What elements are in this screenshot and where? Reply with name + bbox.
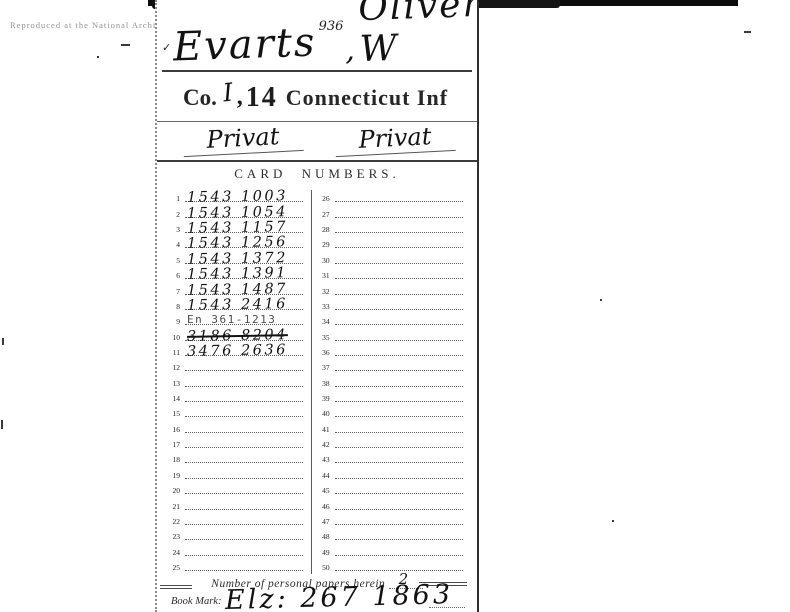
- row-blank-line: [335, 448, 463, 463]
- company-letter-handwriting: I: [221, 78, 234, 108]
- row-number-label: 39: [316, 394, 330, 405]
- row-number-label: 7: [166, 287, 180, 298]
- row-blank-line: [185, 433, 303, 448]
- row-blank-line: 1543 1391: [185, 264, 303, 279]
- row-blank-line: [335, 264, 463, 279]
- book-mark-handwriting: Elz: 267 1863: [225, 579, 454, 612]
- row-blank-line: [335, 387, 463, 402]
- row-blank-line: [335, 341, 463, 356]
- card-number-row: 25: [157, 559, 311, 574]
- row-blank-line: [335, 433, 463, 448]
- archives-watermark: Reproduced at the National Archives: [10, 20, 171, 30]
- scan-line-artifact: [160, 585, 192, 589]
- row-blank-line: [185, 402, 303, 417]
- row-blank-line: [335, 218, 463, 233]
- row-blank-line: [335, 233, 463, 248]
- row-number-label: 46: [316, 502, 330, 513]
- regiment-name: Connecticut Inf: [286, 85, 448, 111]
- row-blank-line: 3186 8204: [185, 325, 303, 340]
- row-number-label: 30: [316, 256, 330, 267]
- row-number-label: 18: [166, 455, 180, 466]
- row-number-label: 34: [316, 317, 330, 328]
- row-blank-line: [185, 387, 303, 402]
- book-mark-label: Book Mark:: [171, 596, 221, 607]
- soldier-name-line: ✓ Evarts 936 , Oliver W: [162, 8, 472, 72]
- check-mark: ✓: [162, 41, 171, 54]
- scan-speck: [97, 56, 99, 58]
- superscript-number: 936: [319, 19, 344, 34]
- row-number-label: 10: [166, 333, 180, 344]
- surname-handwriting: Evarts: [172, 20, 317, 71]
- row-number-label: 38: [316, 379, 330, 390]
- row-blank-line: [335, 417, 463, 432]
- row-number-label: 20: [166, 486, 180, 497]
- row-blank-line: [335, 525, 463, 540]
- row-blank-line: [185, 479, 303, 494]
- row-blank-line: [185, 356, 303, 371]
- row-blank-line: [185, 494, 303, 509]
- row-blank-line: [335, 202, 463, 217]
- row-number-label: 22: [166, 517, 180, 528]
- row-number-label: 19: [166, 471, 180, 482]
- row-number-label: 6: [166, 271, 180, 282]
- row-blank-line: [335, 371, 463, 386]
- row-number-label: 28: [316, 225, 330, 236]
- card-numbers-title: CARD NUMBERS.: [157, 166, 477, 182]
- row-number-label: 9: [166, 317, 180, 328]
- rank-handwriting-right: Privat: [334, 121, 455, 157]
- row-number-label: 49: [316, 548, 330, 559]
- scan-speck: [612, 520, 614, 522]
- service-record-card: ✓ Evarts 936 , Oliver W Co. I , 14 Conne…: [155, 0, 479, 612]
- row-blank-line: [185, 540, 303, 555]
- row-number-label: 35: [316, 333, 330, 344]
- rank-handwriting-left: Privat: [182, 121, 303, 157]
- row-blank-line: 1543 1256: [185, 233, 303, 248]
- row-number-label: 15: [166, 409, 180, 420]
- scan-speck: [121, 44, 130, 46]
- row-blank-line: [185, 463, 303, 478]
- row-blank-line: En 361-1213: [185, 310, 303, 325]
- row-blank-line: 1543 1054: [185, 202, 303, 217]
- row-number-label: 27: [316, 210, 330, 221]
- row-blank-line: 1543 1157: [185, 218, 303, 233]
- row-blank-line: [185, 525, 303, 540]
- row-blank-line: [335, 248, 463, 263]
- card-numbers-right-column: 2627282930313233343536373839404142434445…: [311, 190, 477, 574]
- row-number-label: 24: [166, 548, 180, 559]
- row-number-label: 29: [316, 240, 330, 251]
- row-number-label: 37: [316, 363, 330, 374]
- scan-speck: [744, 31, 751, 33]
- row-number-label: 17: [166, 440, 180, 451]
- row-number-label: 13: [166, 379, 180, 390]
- row-number-label: 16: [166, 425, 180, 436]
- row-number-label: 4: [166, 240, 180, 251]
- row-number-label: 12: [166, 363, 180, 374]
- rank-line: Privat Privat: [157, 122, 477, 162]
- row-blank-line: [335, 187, 463, 202]
- row-number-label: 43: [316, 455, 330, 466]
- card-numbers-left-column: 11543 100321543 105431543 115741543 1256…: [157, 190, 311, 574]
- row-number-label: 40: [316, 409, 330, 420]
- row-blank-line: 1543 1003: [185, 187, 303, 202]
- row-blank-line: [185, 510, 303, 525]
- scanned-page: Reproduced at the National Archives ✓ Ev…: [0, 0, 790, 612]
- row-blank-line: [185, 448, 303, 463]
- row-blank-line: [185, 556, 303, 571]
- row-blank-line: [335, 463, 463, 478]
- row-blank-line: [335, 479, 463, 494]
- row-blank-line: [335, 356, 463, 371]
- row-blank-line: 1543 2416: [185, 295, 303, 310]
- regiment-number: 14: [246, 82, 278, 114]
- scan-line-artifact: [429, 607, 465, 608]
- unit-comma: ,: [237, 84, 243, 111]
- row-number-label: 33: [316, 302, 330, 313]
- scan-speck: [2, 338, 4, 345]
- row-number-label: 44: [316, 471, 330, 482]
- row-number-label: 3: [166, 225, 180, 236]
- unit-line: Co. I , 14 Connecticut Inf: [157, 74, 477, 122]
- name-comma: ,: [345, 33, 355, 68]
- row-number-label: 14: [166, 394, 180, 405]
- row-blank-line: 1543 1372: [185, 248, 303, 263]
- row-number-label: 5: [166, 256, 180, 267]
- row-blank-line: [335, 402, 463, 417]
- row-blank-line: [185, 417, 303, 432]
- row-number-label: 42: [316, 440, 330, 451]
- row-blank-line: [185, 371, 303, 386]
- row-number-label: 48: [316, 532, 330, 543]
- row-blank-line: 1543 1487: [185, 279, 303, 294]
- row-blank-line: [335, 510, 463, 525]
- card-numbers-table: 11543 100321543 105431543 115741543 1256…: [157, 190, 477, 574]
- row-blank-line: [335, 325, 463, 340]
- row-number-label: 45: [316, 486, 330, 497]
- given-name-handwriting: Oliver W: [358, 0, 484, 70]
- book-mark-line: Book Mark: Elz: 267 1863: [157, 589, 477, 612]
- scan-speck: [1, 420, 3, 429]
- row-number-label: 21: [166, 502, 180, 513]
- row-blank-line: 3476 2636: [185, 341, 303, 356]
- row-blank-line: [335, 556, 463, 571]
- row-blank-line: [335, 494, 463, 509]
- row-blank-line: [335, 279, 463, 294]
- row-number-label: 1: [166, 194, 180, 205]
- row-number-label: 47: [316, 517, 330, 528]
- row-number-label: 32: [316, 287, 330, 298]
- row-blank-line: [335, 540, 463, 555]
- scan-speck: [600, 299, 602, 301]
- row-number-label: 11: [166, 348, 180, 359]
- row-blank-line: [335, 310, 463, 325]
- company-label: Co.: [183, 85, 217, 111]
- row-number-label: 23: [166, 532, 180, 543]
- row-number-label: 26: [316, 194, 330, 205]
- row-blank-line: [335, 295, 463, 310]
- row-number-label: 2: [166, 210, 180, 221]
- row-number-label: 36: [316, 348, 330, 359]
- row-number-label: 8: [166, 302, 180, 313]
- row-number-label: 31: [316, 271, 330, 282]
- row-number-label: 41: [316, 425, 330, 436]
